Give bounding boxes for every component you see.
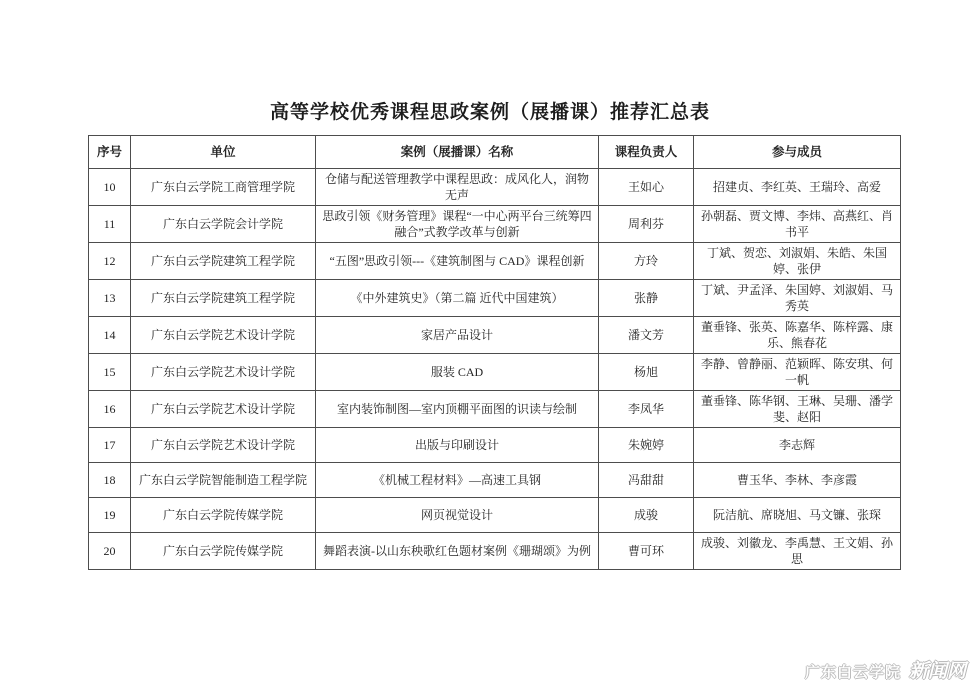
cell-members: 董垂锋、张英、陈嘉华、陈梓露、康乐、熊春花: [694, 317, 901, 354]
cell-case-name: 网页视觉设计: [316, 498, 599, 533]
cell-row-number: 16: [89, 391, 131, 428]
cell-case-name: 《中外建筑史》（第二篇 近代中国建筑）: [316, 280, 599, 317]
cell-unit: 广东白云学院建筑工程学院: [131, 243, 316, 280]
recommendation-summary-table: 序号 单位 案例（展播课）名称 课程负责人 参与成员 10 广东白云学院工商管理…: [88, 135, 901, 570]
table-row: 19 广东白云学院传媒学院 网页视觉设计 成骏 阮洁航、席晓旭、马文镰、张琛: [89, 498, 901, 533]
cell-members: 孙朝磊、贾文博、李炜、高燕红、肖书平: [694, 206, 901, 243]
cell-unit: 广东白云学院工商管理学院: [131, 169, 316, 206]
cell-unit: 广东白云学院艺术设计学院: [131, 354, 316, 391]
cell-members: 李静、曾静丽、范颖晖、陈安琪、何一帆: [694, 354, 901, 391]
cell-case-name: 《机械工程材料》—高速工具钢: [316, 463, 599, 498]
cell-case-name: 室内装饰制图—室内顶棚平面图的识读与绘制: [316, 391, 599, 428]
table-row: 13 广东白云学院建筑工程学院 《中外建筑史》（第二篇 近代中国建筑） 张静 丁…: [89, 280, 901, 317]
cell-case-name: 仓储与配送管理教学中课程思政：成风化人，润物无声: [316, 169, 599, 206]
cell-course-leader: 冯甜甜: [599, 463, 694, 498]
cell-unit: 广东白云学院艺术设计学院: [131, 428, 316, 463]
watermark-site-name: 广东白云学院: [805, 665, 901, 681]
cell-unit: 广东白云学院传媒学院: [131, 498, 316, 533]
cell-case-name: 家居产品设计: [316, 317, 599, 354]
header-course-leader: 课程负责人: [599, 136, 694, 169]
cell-row-number: 18: [89, 463, 131, 498]
table-row: 15 广东白云学院艺术设计学院 服装 CAD 杨旭 李静、曾静丽、范颖晖、陈安琪…: [89, 354, 901, 391]
cell-case-name: 思政引领《财务管理》课程“一中心两平台三统筹四融合”式教学改革与创新: [316, 206, 599, 243]
table-row: 20 广东白云学院传媒学院 舞蹈表演-以山东秧歌红色题材案例《珊瑚颂》为例 曹可…: [89, 533, 901, 570]
cell-course-leader: 朱婉婷: [599, 428, 694, 463]
table-body: 10 广东白云学院工商管理学院 仓储与配送管理教学中课程思政：成风化人，润物无声…: [89, 169, 901, 570]
table-row: 11 广东白云学院会计学院 思政引领《财务管理》课程“一中心两平台三统筹四融合”…: [89, 206, 901, 243]
table-row: 14 广东白云学院艺术设计学院 家居产品设计 潘文芳 董垂锋、张英、陈嘉华、陈梓…: [89, 317, 901, 354]
header-row: 序号 单位 案例（展播课）名称 课程负责人 参与成员: [89, 136, 901, 169]
table-row: 17 广东白云学院艺术设计学院 出版与印刷设计 朱婉婷 李志辉: [89, 428, 901, 463]
cell-unit: 广东白云学院智能制造工程学院: [131, 463, 316, 498]
cell-unit: 广东白云学院建筑工程学院: [131, 280, 316, 317]
news-site-watermark: 广东白云学院新闻网: [805, 656, 966, 683]
header-case-name: 案例（展播课）名称: [316, 136, 599, 169]
cell-case-name: 舞蹈表演-以山东秧歌红色题材案例《珊瑚颂》为例: [316, 533, 599, 570]
cell-course-leader: 周利芬: [599, 206, 694, 243]
cell-unit: 广东白云学院传媒学院: [131, 533, 316, 570]
page-title: 高等学校优秀课程思政案例（展播课）推荐汇总表: [0, 97, 980, 124]
cell-row-number: 13: [89, 280, 131, 317]
cell-case-name: 服装 CAD: [316, 354, 599, 391]
cell-row-number: 12: [89, 243, 131, 280]
table-header: 序号 单位 案例（展播课）名称 课程负责人 参与成员: [89, 136, 901, 169]
cell-course-leader: 李凤华: [599, 391, 694, 428]
cell-members: 丁斌、尹孟泽、朱国婷、刘淑娟、马秀英: [694, 280, 901, 317]
header-members: 参与成员: [694, 136, 901, 169]
watermark-section-name: 新闻网: [909, 661, 966, 682]
table-row: 10 广东白云学院工商管理学院 仓储与配送管理教学中课程思政：成风化人，润物无声…: [89, 169, 901, 206]
cell-course-leader: 张静: [599, 280, 694, 317]
cell-row-number: 17: [89, 428, 131, 463]
cell-row-number: 10: [89, 169, 131, 206]
table-row: 16 广东白云学院艺术设计学院 室内装饰制图—室内顶棚平面图的识读与绘制 李凤华…: [89, 391, 901, 428]
cell-members: 成骏、刘徽龙、李禹慧、王文娟、孙思: [694, 533, 901, 570]
cell-members: 阮洁航、席晓旭、马文镰、张琛: [694, 498, 901, 533]
header-number: 序号: [89, 136, 131, 169]
cell-unit: 广东白云学院艺术设计学院: [131, 317, 316, 354]
cell-course-leader: 杨旭: [599, 354, 694, 391]
cell-unit: 广东白云学院艺术设计学院: [131, 391, 316, 428]
table-row: 18 广东白云学院智能制造工程学院 《机械工程材料》—高速工具钢 冯甜甜 曹玉华…: [89, 463, 901, 498]
cell-case-name: “五图”思政引领---《建筑制图与 CAD》课程创新: [316, 243, 599, 280]
cell-row-number: 11: [89, 206, 131, 243]
cell-course-leader: 成骏: [599, 498, 694, 533]
cell-members: 丁斌、贺恋、刘淑娟、朱皓、朱国婷、张伊: [694, 243, 901, 280]
cell-members: 招建贞、李红英、王瑞玲、高爱: [694, 169, 901, 206]
header-unit: 单位: [131, 136, 316, 169]
cell-members: 李志辉: [694, 428, 901, 463]
cell-course-leader: 方玲: [599, 243, 694, 280]
cell-course-leader: 潘文芳: [599, 317, 694, 354]
cell-members: 曹玉华、李林、李彦霞: [694, 463, 901, 498]
cell-unit: 广东白云学院会计学院: [131, 206, 316, 243]
cell-row-number: 20: [89, 533, 131, 570]
cell-course-leader: 王如心: [599, 169, 694, 206]
cell-row-number: 14: [89, 317, 131, 354]
cell-row-number: 19: [89, 498, 131, 533]
cell-case-name: 出版与印刷设计: [316, 428, 599, 463]
cell-members: 董垂锋、陈华钢、王琳、吴珊、潘学斐、赵阳: [694, 391, 901, 428]
cell-course-leader: 曹可环: [599, 533, 694, 570]
table-row: 12 广东白云学院建筑工程学院 “五图”思政引领---《建筑制图与 CAD》课程…: [89, 243, 901, 280]
cell-row-number: 15: [89, 354, 131, 391]
